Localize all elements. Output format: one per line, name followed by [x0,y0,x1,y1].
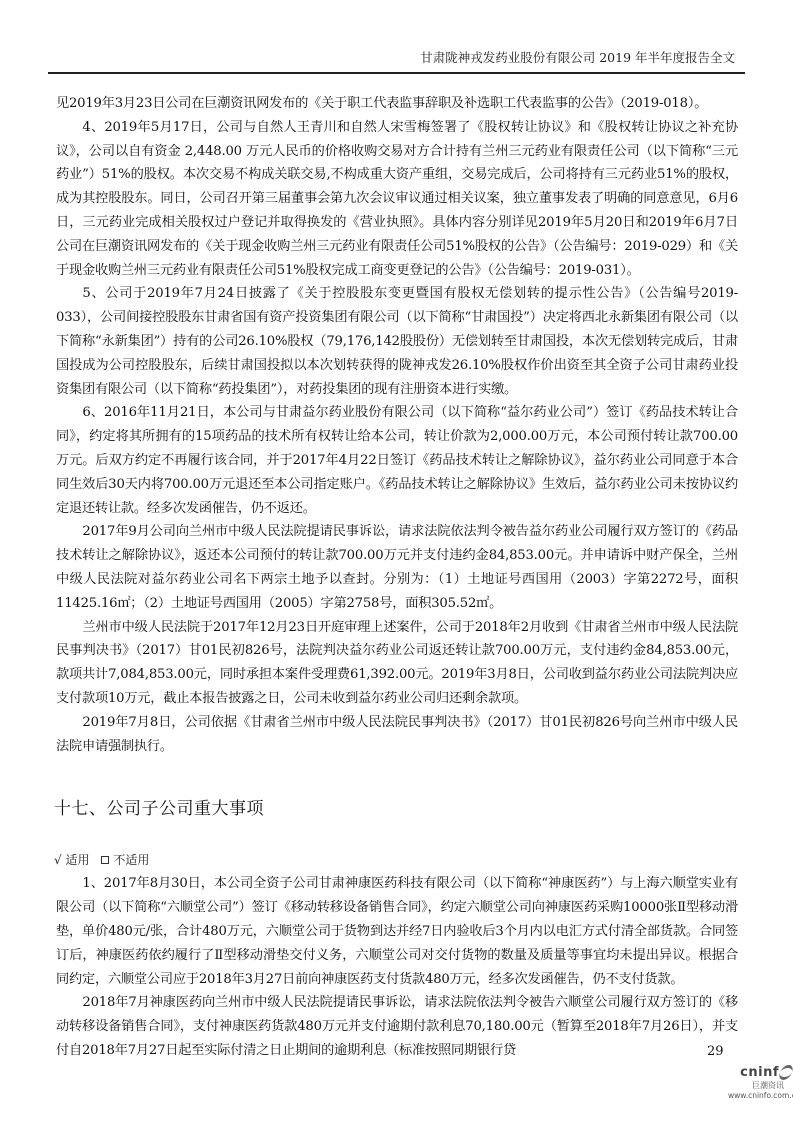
paragraph: 兰州市中级人民法院于2017年12月23日开庭审理上述案件，公司于2018年2月… [56,616,738,711]
page-number: 29 [707,1044,724,1059]
paragraph: 见2019年3月23日公司在巨潮资讯网发布的《关于职工代表监事辞职及补选职工代表… [56,92,738,116]
logo-url-text: www.cninfo.com.cn [728,1091,793,1100]
logo-swoosh-icon [777,1065,793,1080]
not-applicable-label: 不适用 [113,853,149,867]
paragraph: 2017年9月公司向兰州市中级人民法院提请民事诉讼，请求法院依法判令被告益尔药业… [56,520,738,615]
header-rule [48,72,745,74]
page-header-title: 甘肃陇神戎发药业股份有限公司 2019 年半年度报告全文 [420,48,735,66]
check-mark-icon: √ [54,853,62,867]
document-body: 见2019年3月23日公司在巨潮资讯网发布的《关于职工代表监事辞职及补选职工代表… [56,92,738,1063]
cninfo-logo: cninf 巨潮资讯 www.cninfo.com.cn [728,1065,792,1100]
checkbox-empty-icon [101,856,109,864]
paragraph: 4、2019年5月17日，公司与自然人王青川和自然人宋雪梅签署了《股权转让协议》… [56,116,738,283]
paragraph: 2019年7月8日，公司依据《甘肃省兰州市中级人民法院民事判决书》（2017）甘… [56,711,738,759]
logo-cn-text: 巨潮资讯 [728,1080,784,1091]
applicability-indicator: √ 适用 不适用 [54,851,738,868]
logo-brand-text: cninf [740,1065,779,1080]
section-title: 十七、公司子公司重大事项 [54,794,738,819]
paragraph: 1、2017年8月30日，本公司全资子公司甘肃神康医药科技有限公司（以下简称“神… [56,872,738,991]
paragraph: 5、公司于2019年7月24日披露了《关于控股股东变更暨国有股权无偿划转的提示性… [56,282,738,401]
paragraph: 6、2016年11月21日，本公司与甘肃益尔药业股份有限公司（以下简称“益尔药业… [56,401,738,520]
applicable-label: 适用 [65,853,89,867]
paragraph: 2018年7月神康医药向兰州市中级人民法院提请民事诉讼，请求法院依法判令被告六顺… [56,991,738,1062]
